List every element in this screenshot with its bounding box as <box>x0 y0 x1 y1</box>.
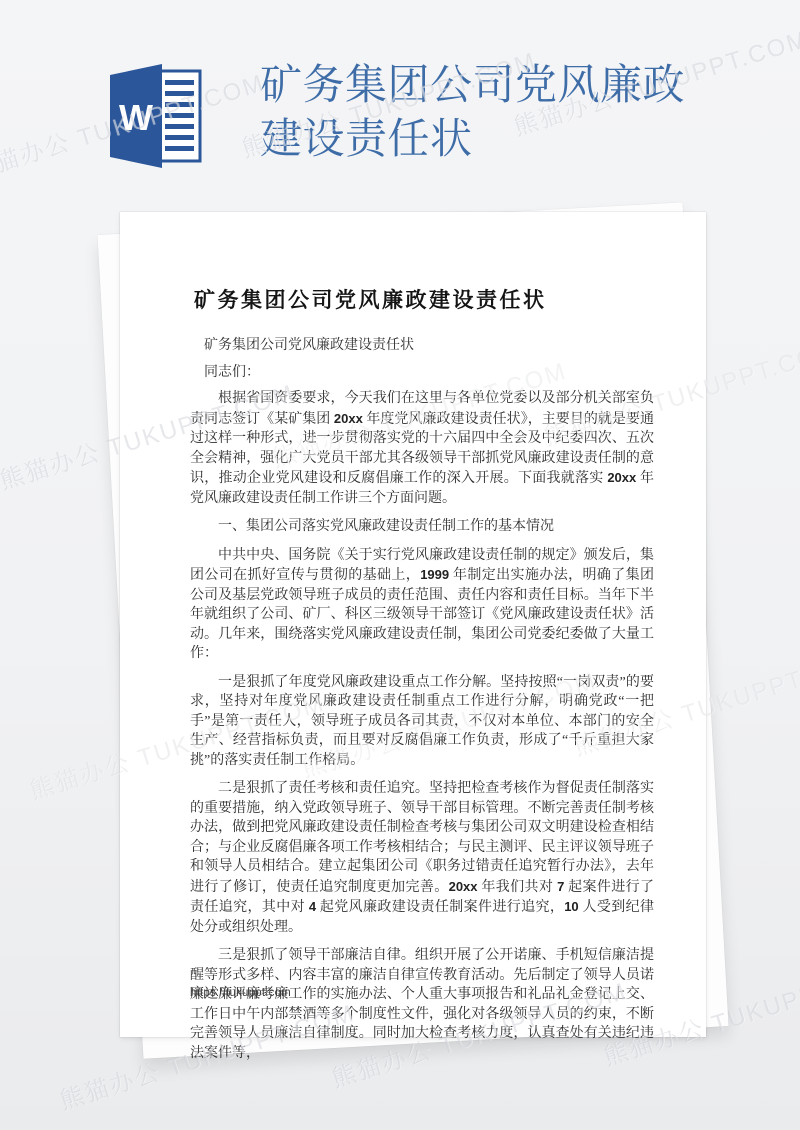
doc-paragraph: 一是狠抓了年度党风廉政建设重点工作分解。坚持按照“一岗双责”的要求，坚持对年度党… <box>190 673 654 771</box>
doc-paragraph: 中共中央、国务院《关于实行党风廉政建设责任制的规定》颁发后，集团公司在抓好宣传与… <box>190 546 654 664</box>
doc-paragraph: 二是狠抓了责任考核和责任追究。坚持把检查考核作为督促责任制落实的重要措施，纳入党… <box>190 779 654 937</box>
doc-footer-url: https://tukuppt.com <box>190 987 291 999</box>
doc-section-title: 一、集团公司落实党风廉政建设责任制工作的基本情况 <box>190 517 654 537</box>
word-icon: W <box>108 64 202 168</box>
document-page: 矿务集团公司党风廉政建设责任状 矿务集团公司党风廉政建设责任状 同志们： 根据省… <box>120 212 706 1037</box>
doc-salutation: 同志们： <box>190 363 654 383</box>
doc-heading: 矿务集团公司党风廉政建设责任状 <box>194 284 654 314</box>
page-title: 矿务集团公司党风廉政建设责任状 <box>260 58 696 168</box>
header: W 矿务集团公司党风廉政建设责任状 <box>108 58 748 168</box>
doc-subtitle: 矿务集团公司党风廉政建设责任状 <box>190 336 654 356</box>
doc-paragraph-intro: 根据省国资委要求，今天我们在这里与各单位党委以及部分机关部室负责同志签订《某矿集… <box>190 389 654 508</box>
word-icon-letter: W <box>119 97 153 138</box>
doc-paragraph: 三是狠抓了领导干部廉洁自律。组织开展了公开诺廉、手机短信廉洁提醒等形式多样、内容… <box>190 946 654 1063</box>
